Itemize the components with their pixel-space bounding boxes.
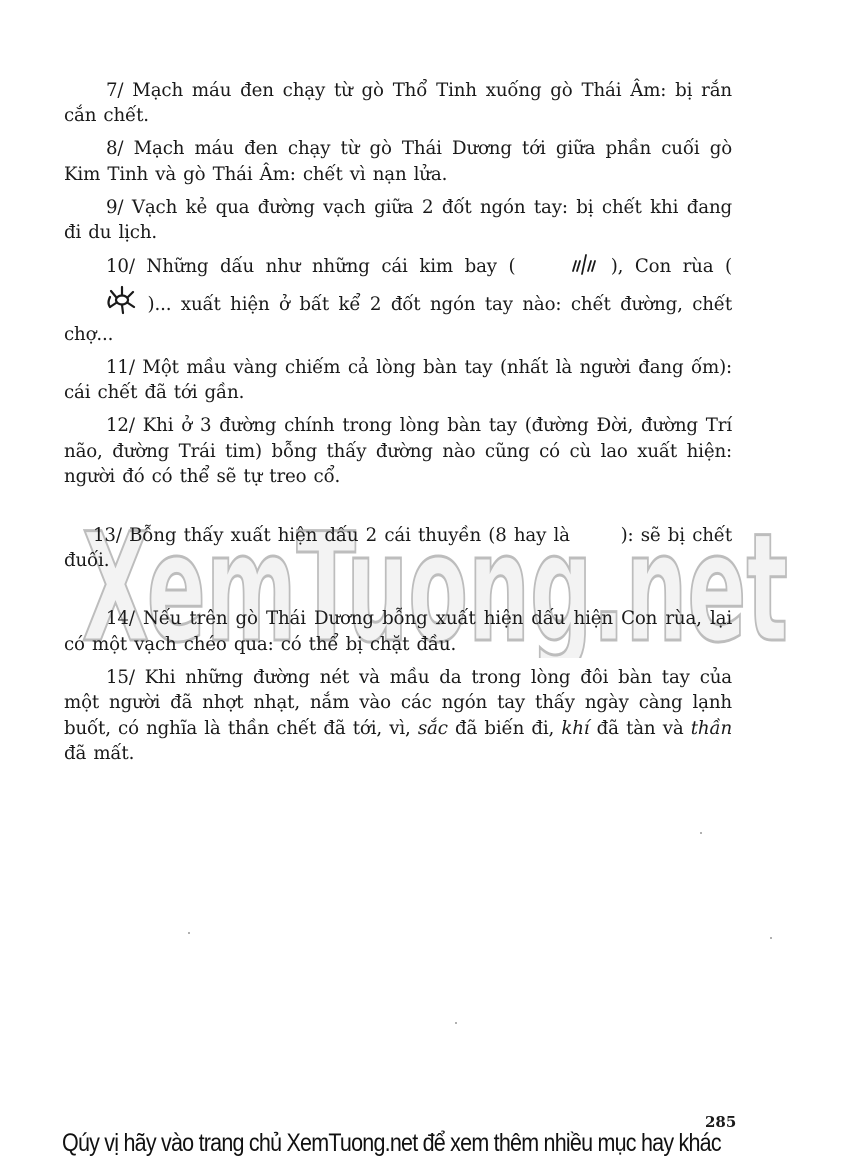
scan-speck: [700, 832, 702, 834]
flying-needles-symbol-icon: [527, 253, 599, 284]
paragraph-11: 11/ Một mầu vàng chiếm cả lòng bàn tay (…: [64, 355, 732, 406]
page-number: 285: [705, 1113, 736, 1131]
italic-term: sắc: [418, 718, 448, 739]
footer-banner: Qúy vị hãy vào trang chủ XemTuong.net để…: [62, 1124, 698, 1162]
scan-speck: [770, 937, 772, 939]
paragraph-14: 14/ Nếu trên gò Thái Dương bỗng xuất hiệ…: [64, 606, 732, 657]
paragraph-15: 15/ Khi những đường nét và mầu da trong …: [64, 665, 732, 767]
scan-speck: [455, 1022, 457, 1024]
paragraph-text: 8/ Mạch máu đen chạy từ gò Thái Dương tớ…: [64, 138, 732, 184]
scan-speck: [188, 932, 190, 934]
paragraph-text: 14/ Nếu trên gò Thái Dương bỗng xuất hiệ…: [64, 608, 732, 654]
paragraph-text: 10/ Những dấu như những cái kim bay (: [106, 256, 527, 277]
paragraph-text: đã mất.: [64, 743, 134, 764]
paragraph-13: 13/ Bỗng thấy xuất hiện dấu 2 cái thuyền…: [64, 497, 732, 599]
paragraph-10: 10/ Những dấu như những cái kim bay ( ),…: [64, 253, 732, 347]
paragraph-text: 12/ Khi ở 3 đường chính trong lòng bàn t…: [64, 415, 732, 487]
paragraph-text: 7/ Mạch máu đen chạy từ gò Thổ Tinh xuốn…: [64, 80, 732, 126]
paragraph-7: 7/ Mạch máu đen chạy từ gò Thổ Tinh xuốn…: [64, 78, 732, 129]
italic-term: thần: [691, 718, 732, 739]
paragraph-8: 8/ Mạch máu đen chạy từ gò Thái Dương tớ…: [64, 136, 732, 187]
document-body: 7/ Mạch máu đen chạy từ gò Thổ Tinh xuốn…: [64, 78, 732, 774]
paragraph-text: )... xuất hiện ở bất kể 2 đốt ngón tay n…: [64, 294, 732, 345]
turtle-symbol-icon: [64, 285, 138, 322]
paragraph-text: 9/ Vạch kẻ qua đường vạch giữa 2 đốt ngó…: [64, 197, 732, 243]
paragraph-text: 13/ Bỗng thấy xuất hiện dấu 2 cái thuyền…: [64, 525, 739, 571]
italic-term: khí: [561, 718, 589, 739]
paragraph-text: 11/ Một mầu vàng chiếm cả lòng bàn tay (…: [64, 357, 732, 403]
paragraph-text: ), Con rùa (: [599, 256, 732, 277]
paragraph-text: đã tàn và: [589, 718, 690, 739]
paragraph-12: 12/ Khi ở 3 đường chính trong lòng bàn t…: [64, 413, 732, 489]
paragraph-9: 9/ Vạch kẻ qua đường vạch giữa 2 đốt ngó…: [64, 195, 732, 246]
paragraph-text: đã biến đi,: [448, 718, 562, 739]
